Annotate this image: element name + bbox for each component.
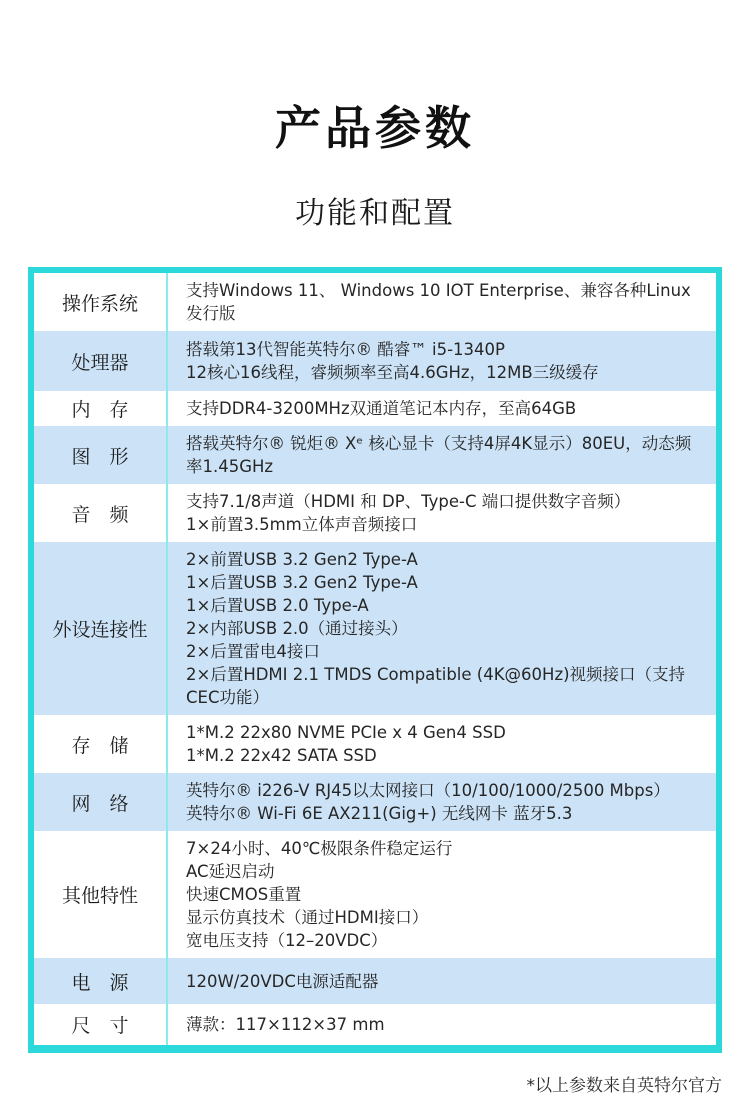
spec-row-dimensions: 尺 寸 薄款：117×112×37 mm bbox=[34, 1004, 716, 1045]
spec-label-processor: 处理器 bbox=[34, 331, 168, 391]
spec-value-other-features: 7×24小时、40℃极限条件稳定运行 AC延迟启动 快速CMOS重置 显示仿真技… bbox=[168, 831, 716, 958]
spec-line: 快速CMOS重置 bbox=[186, 883, 706, 906]
spec-row-storage: 存 储 1*M.2 22x80 NVME PCIe x 4 Gen4 SSD 1… bbox=[34, 715, 716, 773]
spec-row-operating-system: 操作系统 支持Windows 11、 Windows 10 IOT Enterp… bbox=[34, 273, 716, 331]
spec-value-storage: 1*M.2 22x80 NVME PCIe x 4 Gen4 SSD 1*M.2… bbox=[168, 715, 716, 773]
spec-line: 120W/20VDC电源适配器 bbox=[186, 970, 706, 993]
spec-label-audio: 音 频 bbox=[34, 484, 168, 542]
spec-line: 12核心16线程，睿频频率至高4.6GHz，12MB三级缓存 bbox=[186, 361, 706, 384]
spec-line: 搭载第13代智能英特尔® 酷睿™ i5-1340P bbox=[186, 338, 706, 361]
spec-label-peripheral-connectivity: 外设连接性 bbox=[34, 542, 168, 715]
spec-label-network: 网 络 bbox=[34, 773, 168, 831]
spec-value-graphics: 搭载英特尔® 锐炬® Xᵉ 核心显卡（支持4屏4K显示）80EU，动态频率1.4… bbox=[168, 426, 716, 484]
spec-label-storage: 存 储 bbox=[34, 715, 168, 773]
footnote: *以上参数来自英特尔官方 bbox=[0, 1071, 722, 1096]
spec-row-graphics: 图 形 搭载英特尔® 锐炬® Xᵉ 核心显卡（支持4屏4K显示）80EU，动态频… bbox=[34, 426, 716, 484]
spec-value-audio: 支持7.1/8声道（HDMI 和 DP、Type-C 端口提供数字音频） 1×前… bbox=[168, 484, 716, 542]
spec-line: 搭载英特尔® 锐炬® Xᵉ 核心显卡（支持4屏4K显示）80EU，动态频率1.4… bbox=[186, 432, 706, 478]
spec-value-network: 英特尔® i226-V RJ45以太网接口（10/100/1000/2500 M… bbox=[168, 773, 716, 831]
spec-label-graphics: 图 形 bbox=[34, 426, 168, 484]
spec-line: 支持Windows 11、 Windows 10 IOT Enterprise、… bbox=[186, 279, 706, 325]
spec-line: 1*M.2 22x42 SATA SSD bbox=[186, 744, 706, 767]
spec-value-operating-system: 支持Windows 11、 Windows 10 IOT Enterprise、… bbox=[168, 273, 716, 331]
spec-row-network: 网 络 英特尔® i226-V RJ45以太网接口（10/100/1000/25… bbox=[34, 773, 716, 831]
spec-line: 2×后置雷电4接口 bbox=[186, 640, 706, 663]
spec-row-audio: 音 频 支持7.1/8声道（HDMI 和 DP、Type-C 端口提供数字音频）… bbox=[34, 484, 716, 542]
spec-line: 支持7.1/8声道（HDMI 和 DP、Type-C 端口提供数字音频） bbox=[186, 490, 706, 513]
spec-line: 1×后置USB 3.2 Gen2 Type-A bbox=[186, 571, 706, 594]
spec-table: 操作系统 支持Windows 11、 Windows 10 IOT Enterp… bbox=[28, 267, 722, 1053]
spec-line: 2×内部USB 2.0（通过接头） bbox=[186, 617, 706, 640]
spec-label-operating-system: 操作系统 bbox=[34, 273, 168, 331]
spec-row-peripheral-connectivity: 外设连接性 2×前置USB 3.2 Gen2 Type-A 1×后置USB 3.… bbox=[34, 542, 716, 715]
spec-row-other-features: 其他特性 7×24小时、40℃极限条件稳定运行 AC延迟启动 快速CMOS重置 … bbox=[34, 831, 716, 958]
spec-label-other-features: 其他特性 bbox=[34, 831, 168, 958]
spec-line: AC延迟启动 bbox=[186, 860, 706, 883]
page-title: 产品参数 bbox=[0, 92, 750, 158]
spec-value-processor: 搭载第13代智能英特尔® 酷睿™ i5-1340P 12核心16线程，睿频频率至… bbox=[168, 332, 716, 390]
spec-row-processor: 处理器 搭载第13代智能英特尔® 酷睿™ i5-1340P 12核心16线程，睿… bbox=[34, 331, 716, 391]
spec-label-dimensions: 尺 寸 bbox=[34, 1004, 168, 1045]
spec-label-power: 电 源 bbox=[34, 958, 168, 1004]
spec-row-power: 电 源 120W/20VDC电源适配器 bbox=[34, 958, 716, 1004]
spec-line: 2×前置USB 3.2 Gen2 Type-A bbox=[186, 548, 706, 571]
spec-line: 1*M.2 22x80 NVME PCIe x 4 Gen4 SSD bbox=[186, 721, 706, 744]
spec-row-memory: 内 存 支持DDR4-3200MHz双通道笔记本内存，至高64GB bbox=[34, 391, 716, 426]
spec-value-power: 120W/20VDC电源适配器 bbox=[168, 964, 716, 999]
spec-label-memory: 内 存 bbox=[34, 391, 168, 426]
spec-line: 英特尔® Wi-Fi 6E AX211(Gig+) 无线网卡 蓝牙5.3 bbox=[186, 802, 706, 825]
spec-line: 1×前置3.5mm立体声音频接口 bbox=[186, 513, 706, 536]
spec-line: 1×后置USB 2.0 Type-A bbox=[186, 594, 706, 617]
spec-line: 英特尔® i226-V RJ45以太网接口（10/100/1000/2500 M… bbox=[186, 779, 706, 802]
spec-value-peripheral-connectivity: 2×前置USB 3.2 Gen2 Type-A 1×后置USB 3.2 Gen2… bbox=[168, 542, 716, 715]
spec-value-memory: 支持DDR4-3200MHz双通道笔记本内存，至高64GB bbox=[168, 391, 716, 426]
spec-value-dimensions: 薄款：117×112×37 mm bbox=[168, 1007, 716, 1042]
spec-line: 显示仿真技术（通过HDMI接口） bbox=[186, 906, 706, 929]
spec-line: 薄款：117×112×37 mm bbox=[186, 1013, 706, 1036]
spec-line: 7×24小时、40℃极限条件稳定运行 bbox=[186, 837, 706, 860]
page-subtitle: 功能和配置 bbox=[0, 188, 750, 232]
spec-line: 2×后置HDMI 2.1 TMDS Compatible (4K@60Hz)视频… bbox=[186, 663, 706, 709]
spec-line: 宽电压支持（12–20VDC） bbox=[186, 929, 706, 952]
spec-line: 支持DDR4-3200MHz双通道笔记本内存，至高64GB bbox=[186, 397, 706, 420]
